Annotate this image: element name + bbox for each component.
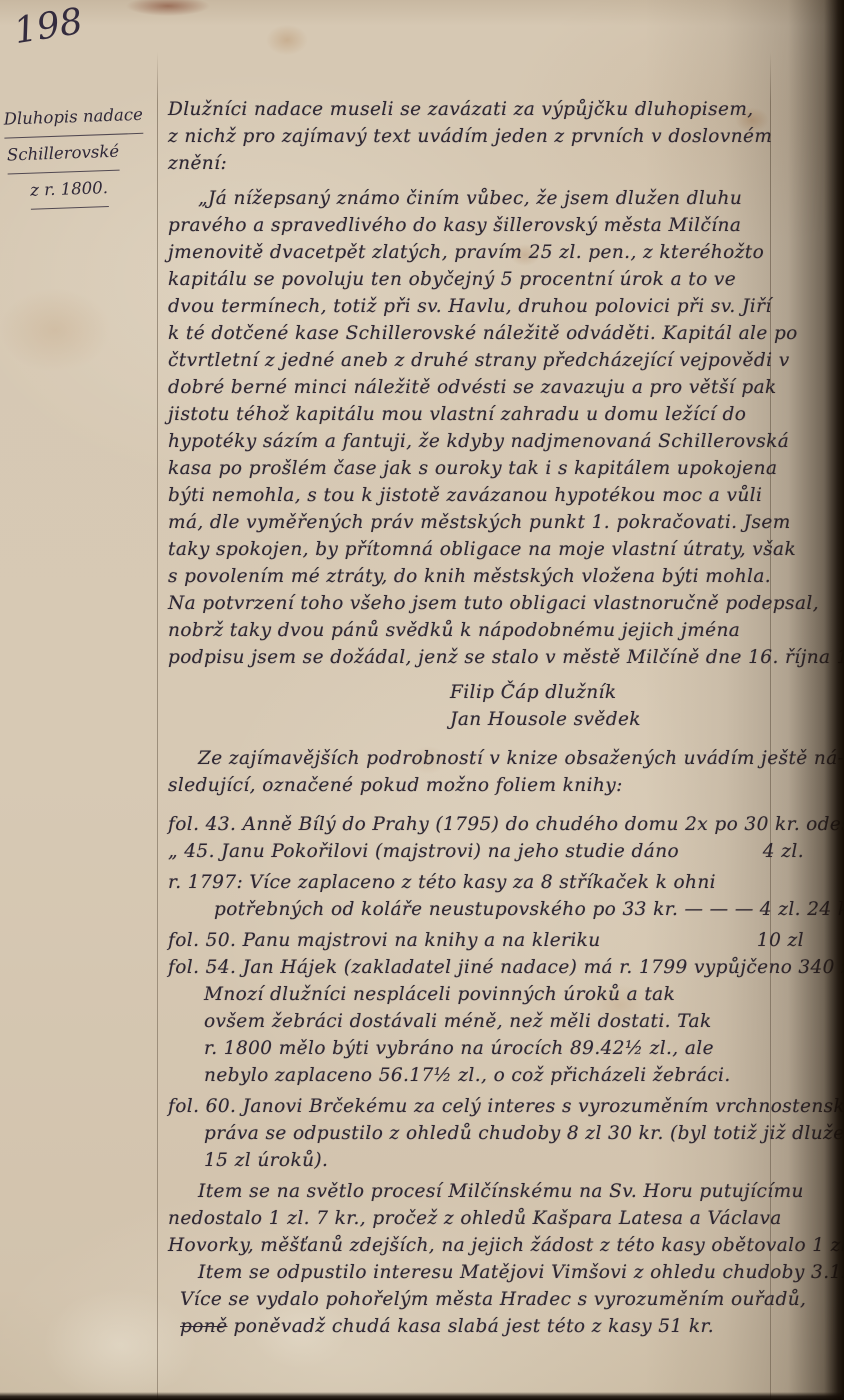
entry-amount: 340 zl: [792, 954, 844, 981]
quote-line: jmenovitě dvacetpět zlatých, pravím 25 z…: [168, 239, 804, 266]
entry-fol43: fol. 43. Anně Bílý do Prahy (1795) do ch…: [168, 811, 804, 838]
quote-line: kasa po prošlém čase jak s ouroky tak i …: [168, 455, 804, 482]
item-line-with-strikeout: poněponěvadž chudá kasa slabá jest této …: [168, 1313, 804, 1340]
margin-note-line: z r. 1800.: [6, 169, 157, 210]
signature-debtor: Filip Čáp dlužník: [450, 679, 804, 706]
intro-line: z nichž pro zajímavý text uvádím jeden z…: [168, 123, 804, 150]
entry-fol45: „ 45. Janu Pokořilovi (majstrovi) na jeh…: [168, 838, 804, 865]
note54-line: r. 1800 mělo býti vybráno na úrocích 89.…: [168, 1035, 804, 1062]
entry-text: fol. 50. Panu majstrovi na knihy a na kl…: [168, 927, 601, 954]
intro-line: Dlužníci nadace museli se zavázati za vý…: [168, 96, 804, 123]
note-intro-line: sledující, označené pokud možno foliem k…: [168, 772, 804, 799]
entry-fol60-line: 15 zl úroků).: [168, 1147, 804, 1174]
quote-line: má, dle vyměřených práv městských punkt …: [168, 509, 804, 536]
quote-line: podpisu jsem se dožádal, jenž se stalo v…: [168, 644, 804, 671]
quote-line: Na potvrzení toho všeho jsem tuto obliga…: [168, 590, 804, 617]
note-intro-line: Ze zajímavějších podrobností v knize obs…: [168, 745, 804, 772]
entry-amount: 10 zl: [751, 927, 804, 954]
item-line: Item se odpustilo interesu Matějovi Vimš…: [168, 1259, 804, 1286]
item-text: poněvadž chudá kasa slabá jest této z ka…: [233, 1316, 714, 1337]
entry-fol50: fol. 50. Panu majstrovi na knihy a na kl…: [168, 927, 804, 954]
entry-text: „ 45. Janu Pokořilovi (majstrovi) na jeh…: [168, 838, 679, 865]
quote-line: nobrž taky dvou pánů svědků k nápodobném…: [168, 617, 804, 644]
entry-text: fol. 43. Anně Bílý do Prahy (1795) do ch…: [168, 811, 800, 838]
entry-text: fol. 54. Jan Hájek (zakladatel jiné nada…: [168, 954, 792, 981]
quote-line: pravého a spravedlivého do kasy šillerov…: [168, 212, 804, 239]
entry-fol54: fol. 54. Jan Hájek (zakladatel jiné nada…: [168, 954, 804, 981]
margin-note-line: Schillerovské: [4, 133, 155, 174]
quote-line: čtvrtletní z jedné aneb z druhé strany p…: [168, 347, 804, 374]
struck-word: poně: [180, 1316, 227, 1337]
quote-line: kapitálu se povoluju ten obyčejný 5 proc…: [168, 266, 804, 293]
margin-note: Dluhopis nadace Schillerovské z r. 1800.: [3, 97, 157, 210]
entry-1797-line: r. 1797: Více zaplaceno z této kasy za 8…: [168, 869, 804, 896]
quote-line: jistotu téhož kapitálu mou vlastní zahra…: [168, 401, 804, 428]
manuscript-body: Dlužníci nadace museli se zavázati za vý…: [168, 96, 804, 1340]
entry-amount: 4 zl. 24 kr.: [754, 896, 844, 923]
entry-fol60-line: fol. 60. Janovi Brčekému za celý interes…: [168, 1093, 804, 1120]
item-line: nedostalo 1 zl. 7 kr., pročež z ohledů K…: [168, 1205, 804, 1232]
left-margin-rule: [157, 52, 158, 1400]
page-number: 198: [11, 1, 85, 52]
note54-line: Mnozí dlužníci nespláceli povinných úrok…: [168, 981, 804, 1008]
item-line: Item se na světlo procesí Milčínskému na…: [168, 1178, 804, 1205]
quote-line: hypotéky sázím a fantuji, že kdyby nadjm…: [168, 428, 804, 455]
item-line: Hovorky, měšťanů zdejších, na jejich žád…: [168, 1232, 804, 1259]
page-bottom-edge: [0, 1392, 844, 1400]
margin-note-line: Dluhopis nadace: [3, 97, 154, 138]
entry-1797-line: potřebných od koláře neustupovského po 3…: [168, 896, 804, 923]
note54-line: ovšem žebráci dostávali méně, než měli d…: [168, 1008, 804, 1035]
scanned-manuscript-page: 198 Dluhopis nadace Schillerovské z r. 1…: [0, 0, 844, 1400]
quote-line: dvou termínech, totiž při sv. Havlu, dru…: [168, 293, 804, 320]
item-line: Více se vydalo pohořelým města Hradec s …: [168, 1286, 804, 1313]
entry-fol60-line: práva se odpustilo z ohledů chudoby 8 zl…: [168, 1120, 804, 1147]
quote-line: býti nemohla, s tou k jistotě zavázanou …: [168, 482, 804, 509]
quote-line: „Já nížepsaný známo činím vůbec, že jsem…: [168, 185, 804, 212]
signature-witness: Jan Housole svědek: [450, 706, 804, 733]
note54-line: nebylo zaplaceno 56.17½ zl., o což přich…: [168, 1062, 804, 1089]
entry-text: potřebných od koláře neustupovského po 3…: [214, 896, 754, 923]
quote-line: taky spokojen, by přítomná obligace na m…: [168, 536, 804, 563]
intro-line: znění:: [168, 150, 804, 177]
quote-line: k té dotčené kase Schillerovské náležitě…: [168, 320, 804, 347]
entry-amount: odesláno.: [800, 811, 844, 838]
quote-line: s povolením mé ztráty, do knih městských…: [168, 563, 804, 590]
entry-amount: 4 zl.: [757, 838, 804, 865]
quote-line: dobré berné minci náležitě odvésti se za…: [168, 374, 804, 401]
